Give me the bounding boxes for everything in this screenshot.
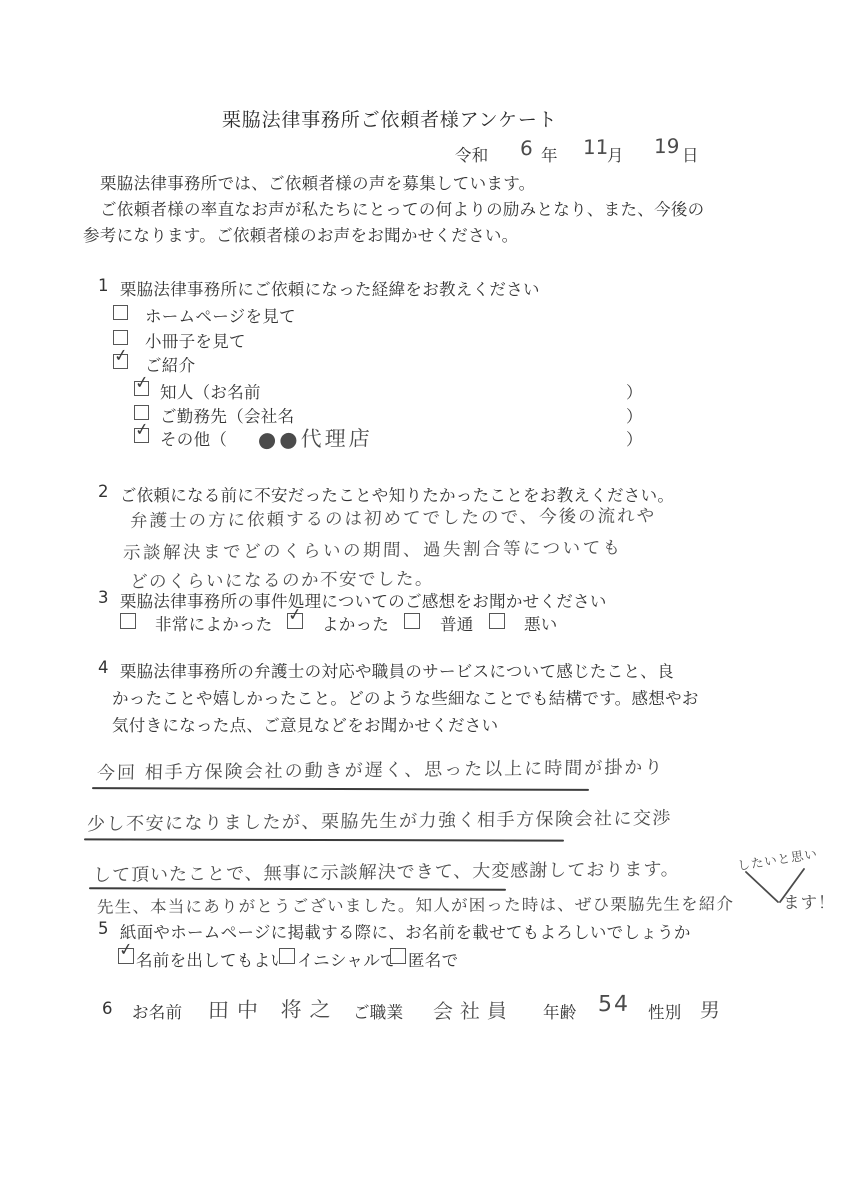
- q1-checkbox-acquaintance[interactable]: ✓: [134, 381, 149, 396]
- date-year-value: 6: [520, 136, 533, 160]
- q1-sub-other-label: その他（: [160, 426, 227, 450]
- q6-number: 6: [102, 999, 113, 1018]
- date-year-unit: 年: [541, 142, 558, 166]
- q5-label: 紙面やホームページに掲載する際に、お名前を載せてもよろしいでしょうか: [120, 919, 691, 943]
- check-mark-icon: ✓: [287, 606, 303, 625]
- q2-answer-line-1: 弁護士の方に依頼するのは初めてでしたので、今後の流れや: [130, 502, 657, 533]
- intro-line-3: 参考になります。ご依頼者様のお声をお聞かせください。: [83, 222, 518, 246]
- q5-checkbox-anonymous[interactable]: [390, 948, 406, 964]
- date-day-value: 19: [654, 134, 680, 158]
- q1-option-referral-label: ご紹介: [145, 352, 195, 376]
- check-mark-icon: ✓: [118, 941, 134, 960]
- q4-closing-line-main: 先生、本当にありがとうございました。知人が困った時は、ぜひ栗脇先生を紹介: [97, 890, 734, 917]
- check-mark-icon: ✓: [134, 374, 150, 393]
- survey-document: 栗脇法律事務所ご依頼者様アンケート 令和 6 年 11 月 19 日 栗脇法律事…: [0, 0, 850, 1202]
- date-month-unit: 月: [607, 142, 624, 166]
- q3-header: 3 栗脇法律事務所の事件処理についてのご感想をお聞かせください: [98, 588, 607, 612]
- q1-sub-employer-paren: ）: [626, 403, 643, 427]
- q3-checkbox-very-good[interactable]: [120, 613, 136, 629]
- q3-option-very-good-label: 非常によかった: [155, 611, 273, 635]
- q6-job-value-handwritten: 会社員: [433, 995, 515, 1025]
- q5-header: 5 紙面やホームページに掲載する際に、お名前を載せてもよろしいでしょうか: [98, 919, 691, 943]
- check-mark-icon: ✓: [113, 347, 129, 366]
- date-day-unit: 日: [682, 142, 699, 166]
- q1-checkbox-booklet[interactable]: [113, 330, 128, 345]
- q1-sub-acquaintance-label: 知人（お名前: [160, 379, 261, 403]
- q6-job-label: ご職業: [353, 999, 403, 1023]
- q3-checkbox-normal[interactable]: [404, 613, 420, 629]
- q6-gender-value-handwritten: 男: [700, 994, 721, 1023]
- answer-rule-line: [84, 838, 564, 841]
- q5-number: 5: [98, 919, 109, 943]
- q1-label: 栗脇法律事務所にご依頼になった経緯をお教えください: [120, 276, 540, 300]
- answer-rule-line: [89, 887, 506, 890]
- document-title: 栗脇法律事務所ご依頼者様アンケート: [222, 105, 557, 132]
- date-month-value: 11: [583, 135, 609, 159]
- q1-number: 1: [98, 276, 109, 300]
- q1-checkbox-employer[interactable]: [134, 405, 149, 420]
- q6-age-label: 年齢: [543, 999, 577, 1023]
- q1-sub-acquaintance-paren: ）: [626, 379, 643, 403]
- q6-age-value-handwritten: 54: [598, 992, 631, 1017]
- q5-option-real-name-label: 名前を出してもよい: [136, 947, 287, 971]
- q2-answer-line-2: 示談解決までどのくらいの期間、過失割合等についても: [123, 534, 623, 564]
- q3-number: 3: [98, 588, 109, 612]
- q4-answer-line-2: 少し不安になりましたが、栗脇先生が力強く相手方保険会社に交渉: [87, 804, 673, 836]
- q3-option-good-label: よかった: [322, 611, 389, 635]
- q4-number: 4: [98, 658, 109, 682]
- intro-line-2: ご依頼者様の率直なお声が私たちにとっての何よりの励みとなり、また、今後の: [100, 196, 704, 220]
- q1-other-value-handwritten: ●●代理店: [258, 422, 373, 453]
- q1-sub-other-paren: ）: [626, 426, 643, 450]
- q2-number: 2: [98, 482, 109, 506]
- q3-checkbox-bad[interactable]: [489, 613, 505, 629]
- answer-rule-line: [92, 787, 589, 791]
- q4-answer-line-1: 今回 相手方保険会社の動きが遅く、思った以上に時間が掛かり: [97, 753, 665, 785]
- q1-header: 1 栗脇法律事務所にご依頼になった経緯をお教えください: [98, 276, 540, 300]
- q3-checkbox-good[interactable]: ✓: [287, 613, 303, 629]
- q1-checkbox-referral[interactable]: ✓: [113, 354, 128, 369]
- q1-option-booklet-label: 小冊子を見て: [145, 328, 246, 352]
- check-mark-icon: ✓: [134, 421, 150, 440]
- insertion-caret-icon: [742, 868, 810, 908]
- q6-name-label: お名前: [132, 999, 182, 1023]
- date-era-label: 令和: [455, 142, 489, 166]
- q5-checkbox-initials[interactable]: [279, 948, 295, 964]
- q4-header: 4 栗脇法律事務所の弁護士の対応や職員のサービスについて感じたこと、良: [98, 658, 674, 682]
- q1-checkbox-homepage[interactable]: [113, 305, 128, 320]
- q3-option-normal-label: 普通: [440, 611, 474, 635]
- q5-checkbox-real-name[interactable]: ✓: [118, 948, 134, 964]
- q1-checkbox-other[interactable]: ✓: [134, 428, 149, 443]
- q4-label-line-2: かったことや嬉しかったこと。どのような些細なことでも結構です。感想やお: [112, 685, 699, 709]
- q5-option-initials-label: イニシャルで: [297, 947, 397, 971]
- q5-option-anonymous-label: 匿名で: [408, 947, 458, 971]
- q3-label: 栗脇法律事務所の事件処理についてのご感想をお聞かせください: [120, 588, 607, 612]
- intro-line-1: 栗脇法律事務所では、ご依頼者様の声を募集しています。: [100, 170, 535, 194]
- q4-label-line-1: 栗脇法律事務所の弁護士の対応や職員のサービスについて感じたこと、良: [120, 658, 674, 682]
- q3-option-bad-label: 悪い: [524, 611, 558, 635]
- q4-label-line-3: 気付きになった点、ご意見などをお聞かせください: [112, 712, 498, 736]
- q4-answer-line-3: して頂いたことで、無事に示談解決できて、大変感謝しております。: [93, 855, 680, 887]
- q6-gender-label: 性別: [648, 999, 682, 1023]
- q6-name-value-handwritten: 田中 将之: [208, 993, 339, 1024]
- q1-option-homepage-label: ホームページを見て: [145, 303, 296, 327]
